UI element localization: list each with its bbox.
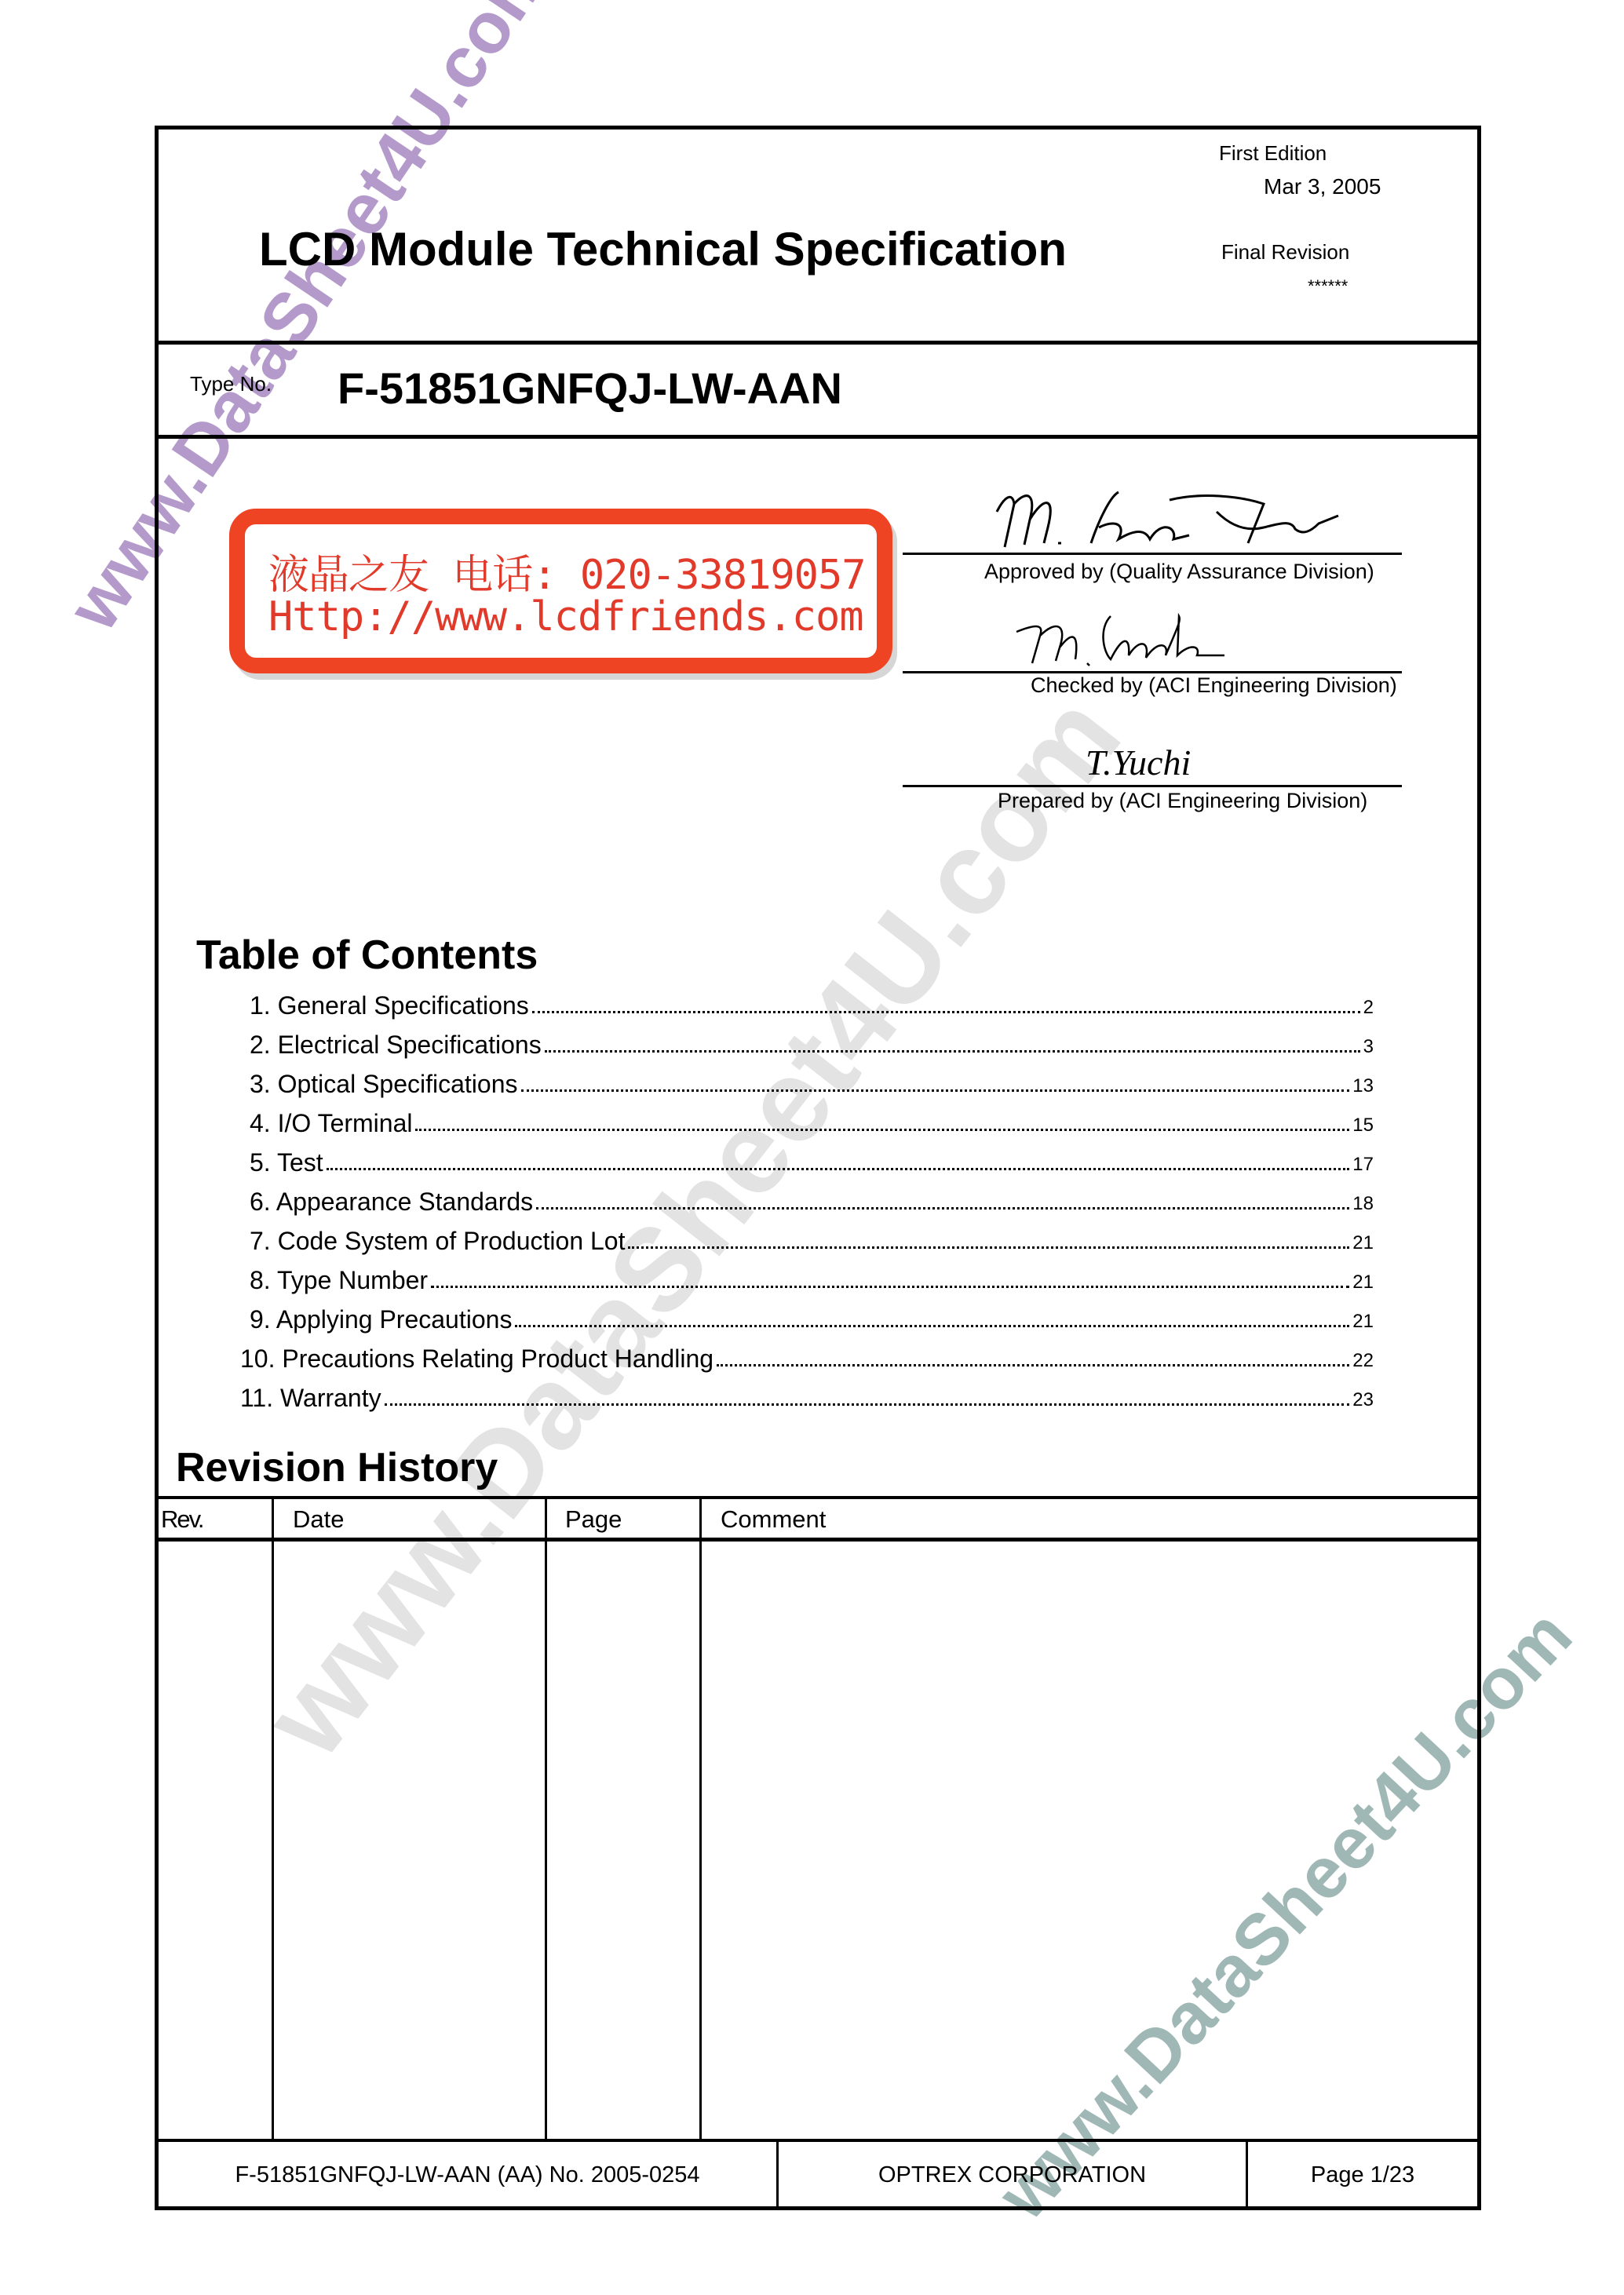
toc-item-page: 13	[1352, 1075, 1374, 1099]
type-number-value: F-51851GNFQJ-LW-AAN	[338, 363, 842, 414]
col-page: Page	[565, 1505, 622, 1534]
toc-leader-dots	[515, 1325, 1349, 1327]
toc-item-page: 21	[1352, 1311, 1374, 1334]
toc-item-label: 11. Warranty	[240, 1384, 381, 1413]
toc-leader-dots	[521, 1089, 1350, 1092]
signature-checked	[1013, 604, 1311, 671]
col-divider-2	[545, 1498, 547, 2141]
revision-header-bottom	[155, 1538, 1481, 1542]
distributor-stamp: 液晶之友 电话: 020-33819057 Http://www.lcdfrie…	[229, 509, 892, 673]
toc-item-label: 6. Appearance Standards	[250, 1188, 533, 1217]
col-divider-1	[272, 1498, 274, 2141]
signature-approved	[981, 480, 1358, 553]
approved-by-caption: Approved by (Quality Assurance Division)	[984, 560, 1374, 584]
toc-item-page: 23	[1352, 1389, 1374, 1413]
toc-item-label: 7. Code System of Production Lot	[250, 1227, 625, 1256]
signature-line-approved	[903, 553, 1402, 555]
toc-leader-dots	[628, 1246, 1349, 1249]
toc-leader-dots	[431, 1286, 1349, 1288]
toc-item-page: 3	[1363, 1036, 1374, 1060]
toc-title: Table of Contents	[196, 932, 538, 979]
col-rev: Rev.	[161, 1505, 203, 1534]
toc-item[interactable]: 9. Applying Precautions21	[250, 1298, 1374, 1334]
toc-item-label: 4. I/O Terminal	[250, 1109, 412, 1138]
col-divider-3	[699, 1498, 702, 2141]
toc-item-page: 21	[1352, 1232, 1374, 1256]
toc-item-page: 15	[1352, 1115, 1374, 1138]
toc-leader-dots	[536, 1207, 1349, 1210]
toc-item[interactable]: 5. Test17	[250, 1141, 1374, 1177]
toc-item-label: 8. Type Number	[250, 1266, 428, 1295]
checked-by-caption: Checked by (ACI Engineering Division)	[1031, 673, 1397, 698]
toc-item[interactable]: 10. Precautions Relating Product Handlin…	[240, 1337, 1374, 1374]
stamp-url-line: Http://www.lcdfriends.com	[268, 593, 863, 640]
col-comment: Comment	[721, 1505, 826, 1534]
type-number-label: Type No.	[190, 372, 272, 396]
type-divider	[155, 435, 1481, 439]
toc-item[interactable]: 1. General Specifications2	[250, 984, 1374, 1020]
revision-table-top	[155, 1496, 1481, 1499]
toc-item-label: 2. Electrical Specifications	[250, 1031, 542, 1060]
signature-prepared: T.Yuchi	[1086, 742, 1191, 783]
toc-item-page: 17	[1352, 1154, 1374, 1177]
toc-leader-dots	[385, 1403, 1350, 1406]
header-divider	[155, 341, 1481, 345]
toc-item[interactable]: 8. Type Number21	[250, 1259, 1374, 1295]
toc-item-page: 2	[1363, 997, 1374, 1020]
toc-item-label: 5. Test	[250, 1148, 323, 1177]
toc-item-label: 10. Precautions Relating Product Handlin…	[240, 1345, 713, 1374]
footer-company: OPTREX CORPORATION	[779, 2140, 1246, 2210]
first-edition-date: Mar 3, 2005	[1264, 174, 1381, 199]
first-edition-label: First Edition	[1219, 141, 1327, 166]
toc-item-label: 1. General Specifications	[250, 991, 529, 1020]
prepared-by-caption: Prepared by (ACI Engineering Division)	[998, 789, 1367, 813]
toc-item-page: 22	[1352, 1350, 1374, 1374]
toc-item[interactable]: 11. Warranty23	[240, 1377, 1374, 1413]
toc-item-label: 9. Applying Precautions	[250, 1305, 512, 1334]
toc-item[interactable]: 3. Optical Specifications13	[250, 1063, 1374, 1099]
toc-leader-dots	[327, 1168, 1350, 1170]
toc-item[interactable]: 6. Appearance Standards18	[250, 1180, 1374, 1217]
signature-line-prepared	[903, 785, 1402, 787]
footer-page-number: Page 1/23	[1248, 2140, 1477, 2210]
stamp-contact-line: 液晶之友 电话: 020-33819057	[268, 542, 866, 600]
toc-item-page: 18	[1352, 1193, 1374, 1217]
toc-item[interactable]: 7. Code System of Production Lot21	[250, 1220, 1374, 1256]
toc-item[interactable]: 2. Electrical Specifications3	[250, 1023, 1374, 1060]
toc-leader-dots	[545, 1050, 1360, 1053]
final-revision-value: ******	[1308, 276, 1348, 297]
toc-leader-dots	[415, 1129, 1349, 1131]
revision-history-title: Revision History	[176, 1444, 498, 1491]
col-date: Date	[293, 1505, 344, 1534]
final-revision-label: Final Revision	[1221, 240, 1349, 265]
footer-doc-number: F-51851GNFQJ-LW-AAN (AA) No. 2005-0254	[159, 2140, 776, 2210]
toc-leader-dots	[532, 1011, 1360, 1013]
toc-leader-dots	[717, 1364, 1349, 1366]
toc-item[interactable]: 4. I/O Terminal15	[250, 1102, 1374, 1138]
document-title: LCD Module Technical Specification	[259, 222, 1067, 276]
toc-item-page: 21	[1352, 1272, 1374, 1295]
toc-item-label: 3. Optical Specifications	[250, 1070, 518, 1099]
